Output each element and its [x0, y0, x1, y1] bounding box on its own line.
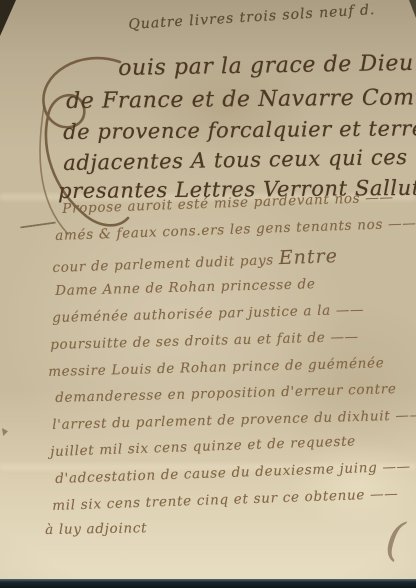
manuscript-body-line: à luy adjoinct: [45, 520, 147, 538]
scan-edge-strip: [0, 579, 416, 588]
top-annotation: Quatre livres trois sols neuf d.: [128, 0, 416, 33]
pen-stroke-mark: (: [383, 511, 407, 567]
body-line-text: cour de parlement dudit pays: [52, 252, 279, 276]
manuscript-heading-line: ouis par la grace de Dieu Roy: [118, 50, 416, 81]
manuscript-body-line: poursuitte de ses droits au et fait de —…: [50, 329, 359, 353]
manuscript-body-line: juillet mil six cens quinze et de reques…: [50, 433, 356, 460]
manuscript-body-line: demanderesse en proposition d'erreur con…: [55, 381, 397, 406]
manuscript-body-line: Dame Anne de Rohan princesse de: [55, 276, 316, 299]
body-line-emphasis: Entre: [278, 245, 338, 269]
manuscript-body-line: guéménée authorisée par justice a la ——: [52, 302, 364, 326]
manuscript-body-line: cour de parlement dudit pays Entre: [52, 245, 338, 277]
manuscript-heading-line: de France et de Navarre Comte ~: [66, 85, 416, 114]
dark-corner-top-left: [0, 0, 16, 36]
manuscript-page: Quatre livres trois sols neuf d. ouis pa…: [0, 0, 416, 588]
ink-speck: [2, 428, 8, 436]
manuscript-heading-line: adjacentes A tous ceux qui ces: [63, 145, 408, 175]
manuscript-heading-line: de provence forcalquier et terres: [63, 116, 416, 144]
manuscript-body-line: d'adcestation de cause du deuxiesme juin…: [55, 459, 411, 487]
margin-dash-stroke: [20, 222, 56, 229]
manuscript-body-line: l'arrest du parlement de provence du dix…: [52, 407, 416, 433]
manuscript-body-line: amés & feaux cons.ers les gens tenants n…: [55, 215, 416, 244]
manuscript-body-line: mil six cens trente cinq et sur ce obten…: [52, 486, 399, 514]
manuscript-body-line: messire Louis de Rohan prince de guéméné…: [48, 355, 385, 380]
